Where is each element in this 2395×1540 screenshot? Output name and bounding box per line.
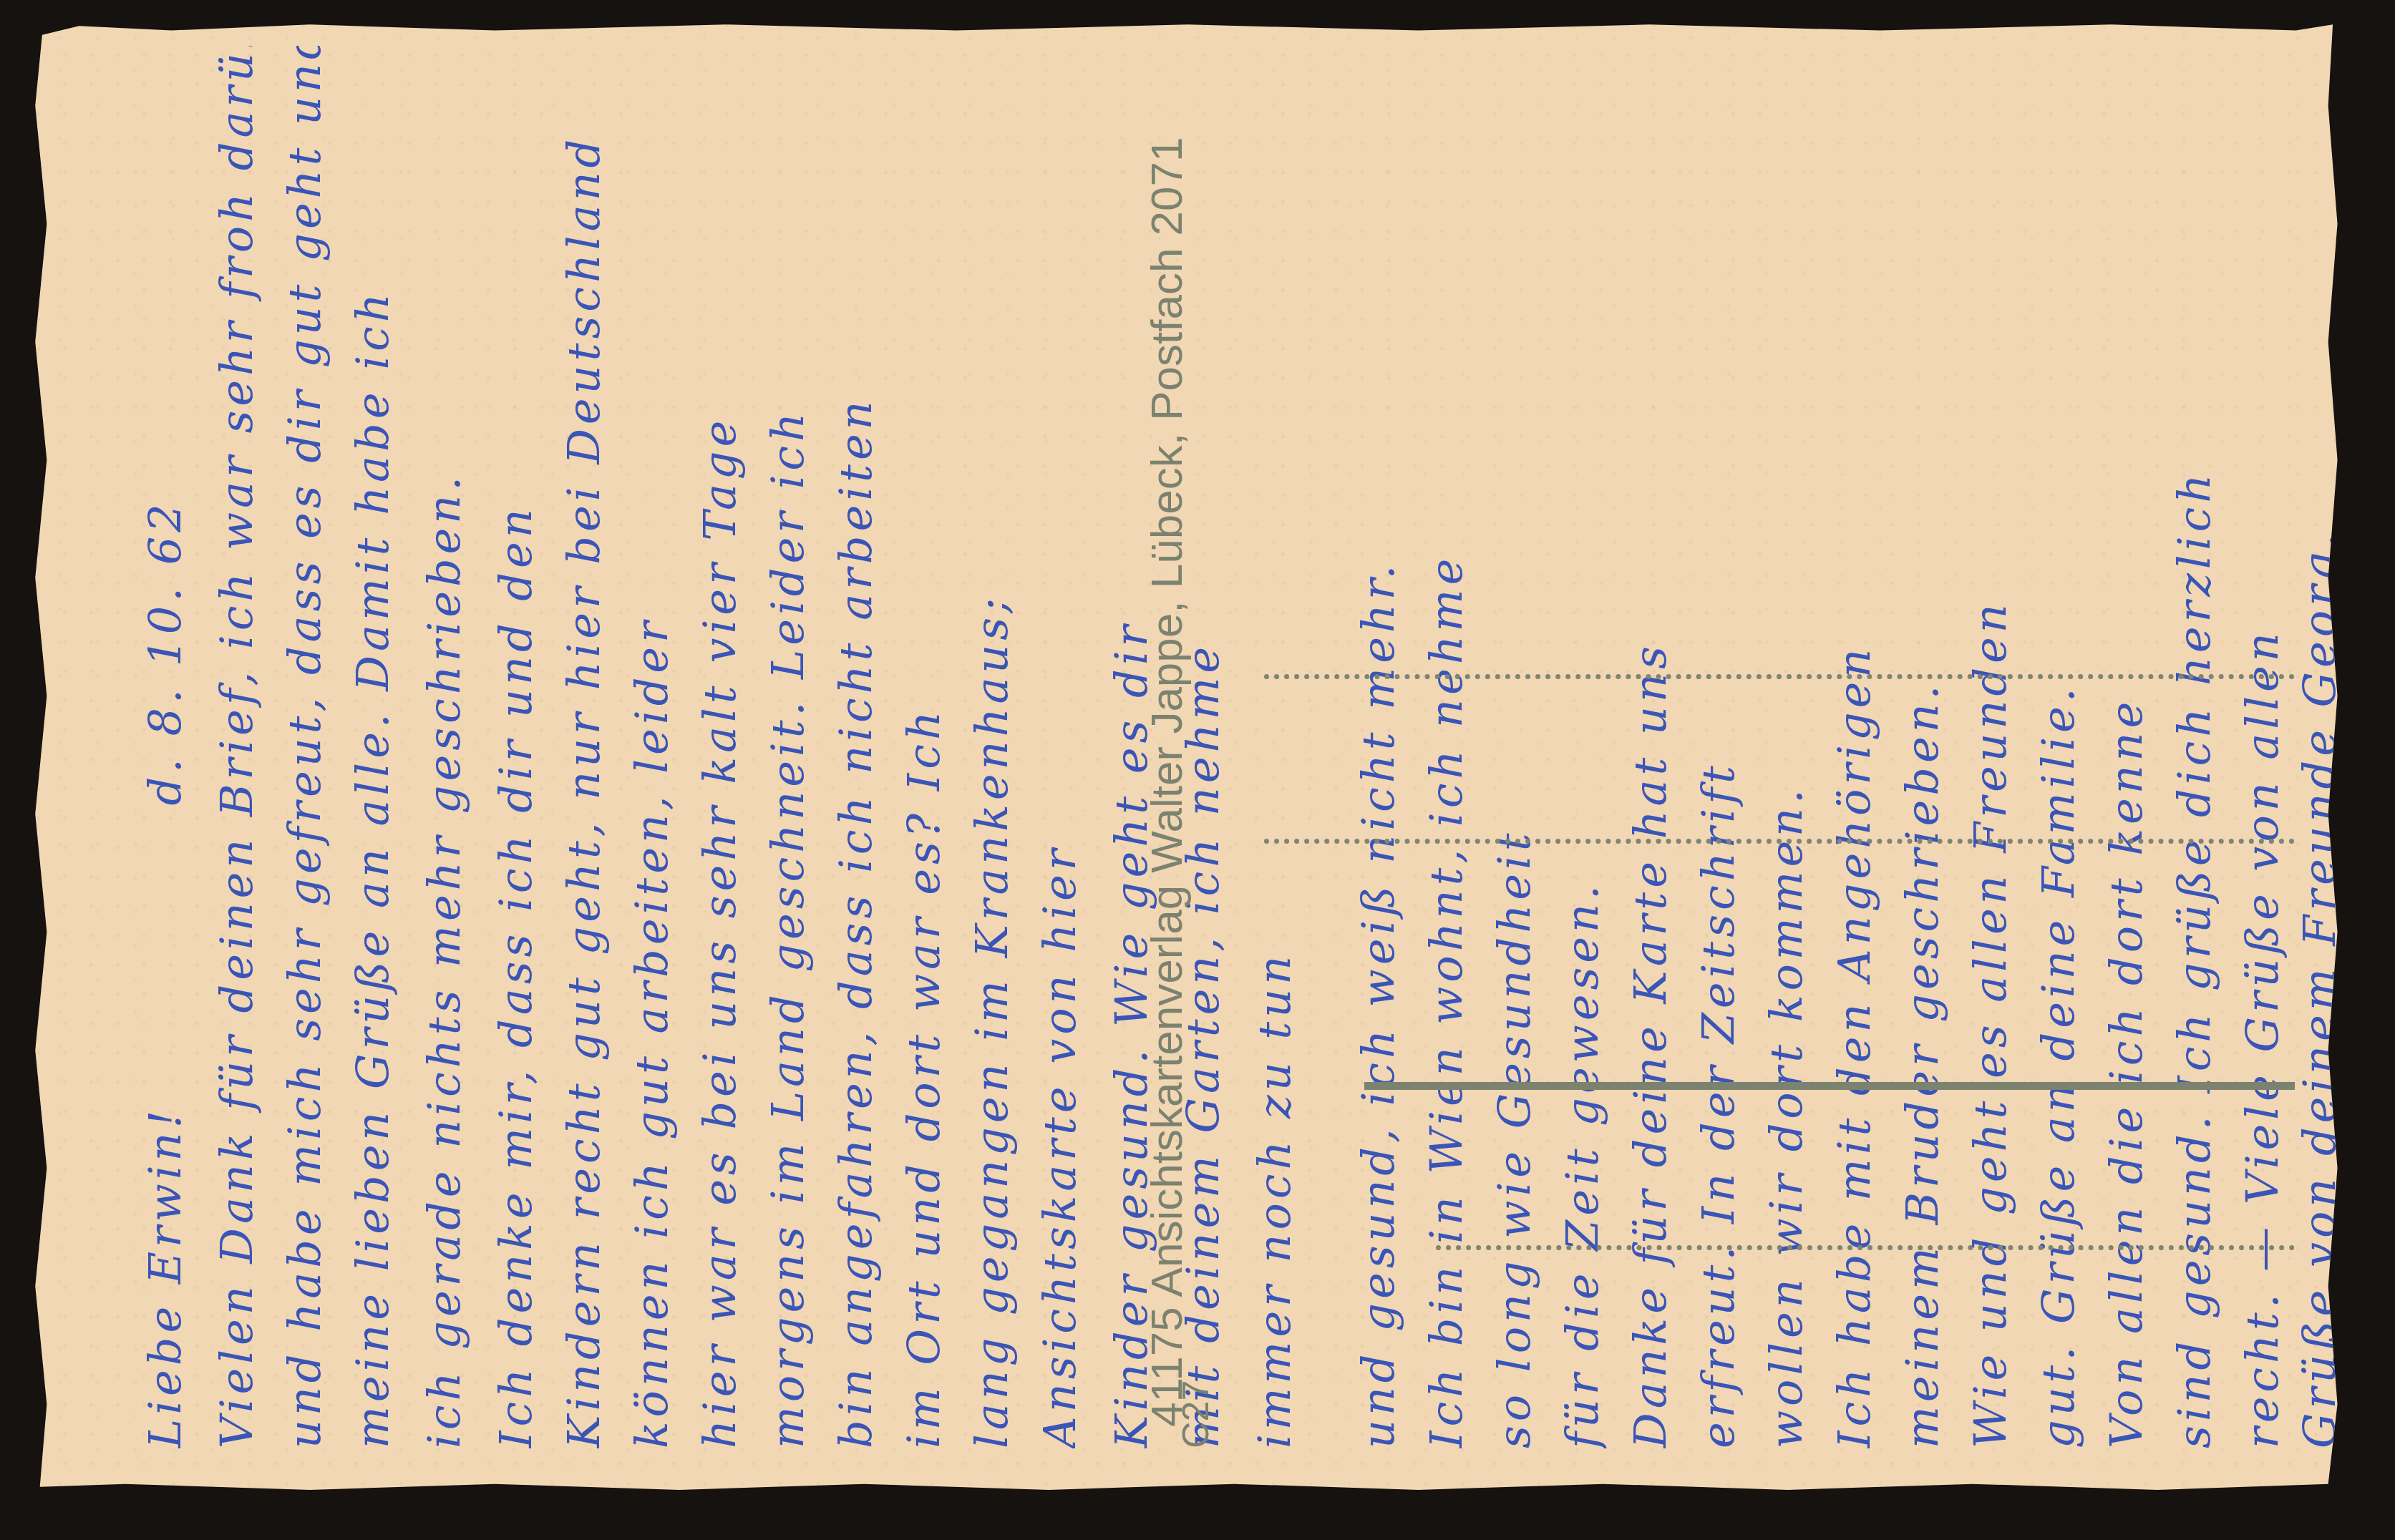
handwriting-line: Ich habe mit den Angehörigen (1830, 46, 1880, 1448)
handwriting-line: wollen wir dort kommen. (1762, 46, 1812, 1448)
handwriting-line: morgens im Land geschneit. Leider ich (763, 46, 813, 1448)
handwriting-line: im Ort und dort war es? Ich (899, 46, 949, 1448)
handwriting-line: bin angefahren, dass ich nicht arbeiten (831, 46, 881, 1448)
date: d. 8. 10. 62 (140, 499, 190, 805)
postcard: Liebe Erwin!d. 8. 10. 62 Vielen Dank für… (33, 17, 2342, 1493)
handwriting-line: Ansichtskarte von hier (1035, 46, 1085, 1448)
handwriting-line: recht. — Viele Grüße von allen (2238, 46, 2288, 1448)
greeting-line: Liebe Erwin! (140, 1106, 190, 1448)
handwriting-line: ich gerade nichts mehr geschrieben. (419, 46, 470, 1448)
handwriting-line: lang gegangen im Krankenhaus; (967, 46, 1017, 1448)
handwriting-line: meine lieben Grüße an alle. Damit habe i… (348, 46, 398, 1448)
card-code: C27 (1175, 1262, 1232, 1448)
handwriting-line: so long wie Gesundheit (1490, 46, 1540, 1448)
handwriting-line: Danke für deine Karte hat uns (1626, 46, 1676, 1448)
handwriting-line: sind gesund. Ich grüße dich herzlich (2170, 46, 2220, 1448)
handwriting-line: und habe mich sehr gefreut, dass es dir … (280, 46, 330, 1448)
handwriting-line: immer noch zu tun (1250, 46, 1300, 1448)
handwriting-line: Grüße von deinem Freunde Georg. (2295, 46, 2345, 1448)
handwriting-line: und gesund, ich weiß nicht mehr. (1354, 46, 1404, 1448)
handwriting-line: Liebe Erwin!d. 8. 10. 62 (140, 46, 190, 1448)
handwriting-line: hier war es bei uns sehr kalt vier Tage (695, 46, 745, 1448)
handwriting-line: meinem Bruder geschrieben. (1898, 46, 1948, 1448)
address-line-2 (1264, 839, 2295, 844)
handwriting-line: gut. Grüße an deine Familie. (2034, 46, 2084, 1448)
handwriting-line: Von allen die ich dort kenne (2102, 46, 2152, 1448)
handwriting-line: für die Zeit gewesen. (1558, 46, 1608, 1448)
handwriting-line: Vielen Dank für deinen Brief, ich war se… (212, 46, 262, 1448)
handwriting-line: Ich denke mir, dass ich dir und den (491, 46, 541, 1448)
handwriting-line: können ich gut arbeiten, leider (627, 46, 677, 1448)
address-line-3 (1436, 1245, 2295, 1250)
handwriting-line: erfreut. In der Zeitschrift (1694, 46, 1744, 1448)
handwriting-line: Kindern recht gut geht, nur hier bei Deu… (559, 46, 609, 1448)
handwriting-line: Wie und geht es allen Freunden (1966, 46, 2016, 1448)
handwriting-line: Ich bin in Wien wohnt, ich nehme (1422, 46, 1472, 1448)
address-divider-line (1364, 1082, 2295, 1090)
address-line-1 (1264, 674, 2295, 679)
publisher-imprint: 41175 Ansichtskartenverlag Walter Jappe,… (1142, 67, 1200, 1427)
